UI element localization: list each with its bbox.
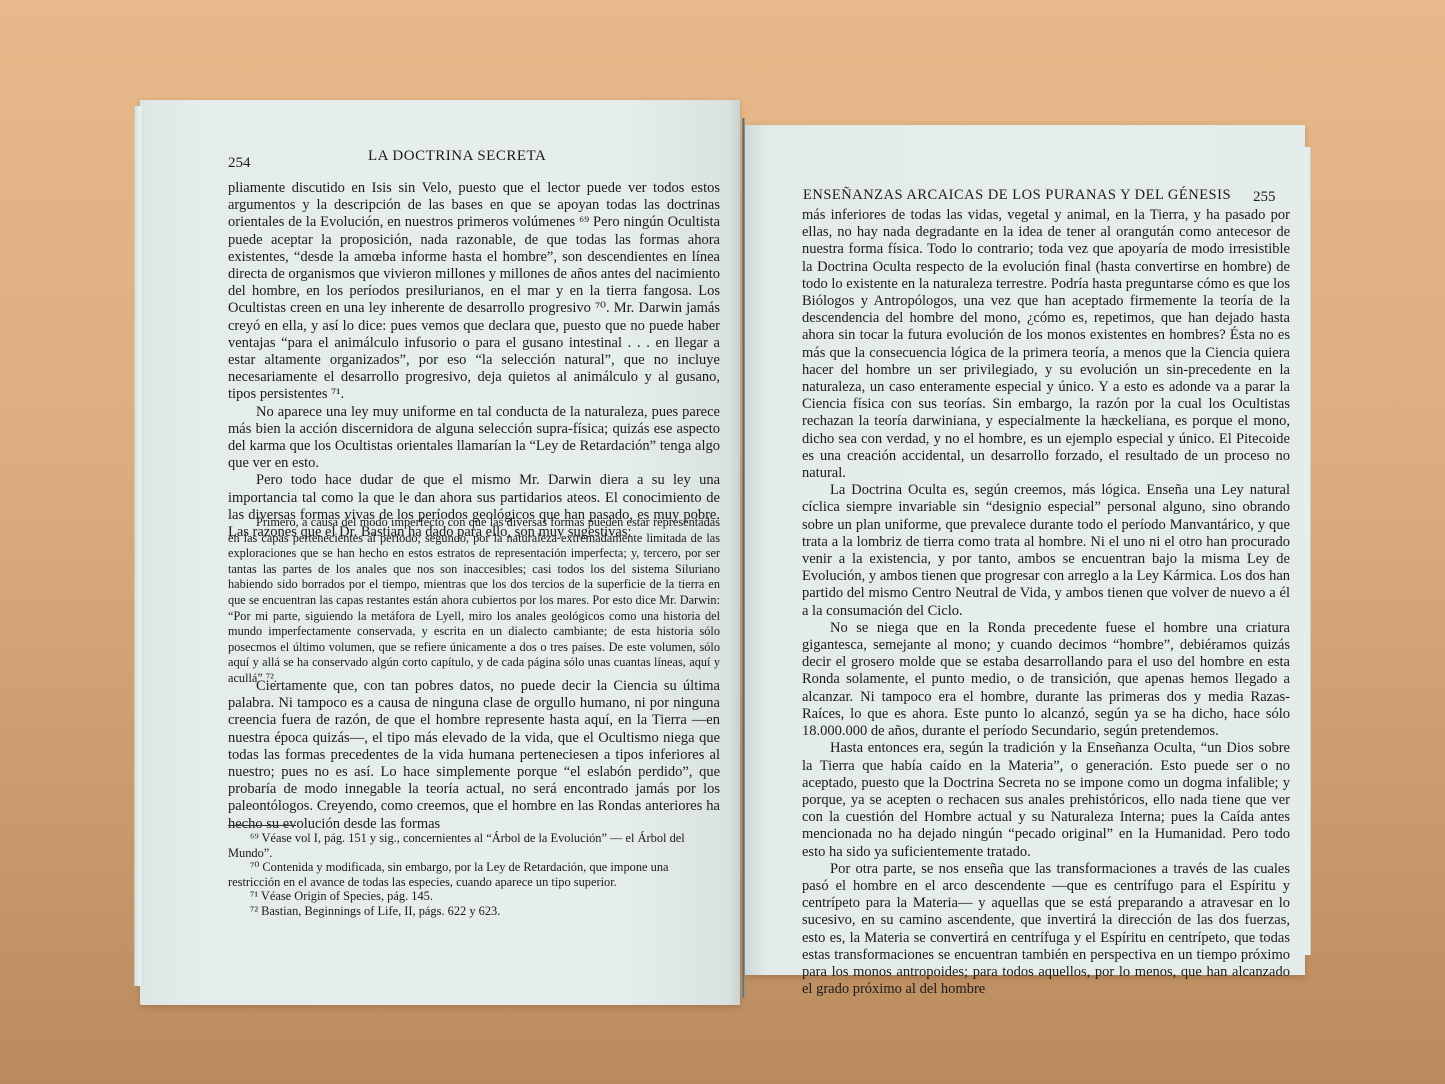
left-page: 254 LA DOCTRINA SECRETA pliamente discut…: [140, 100, 740, 1005]
paragraph: Por otra parte, se nos enseña que las tr…: [802, 861, 1290, 999]
page-number-left: 254: [228, 155, 251, 172]
footnote-72: ⁷² Bastian, Beginnings of Life, II, págs…: [228, 904, 720, 919]
footnote-rule: [228, 825, 296, 826]
paragraph: Ciertamente que, con tan pobres datos, n…: [228, 678, 720, 833]
footnotes: ⁶⁹ Véase vol I, pág. 151 y sig., concern…: [228, 831, 720, 919]
footnote-70: ⁷⁰ Contenida y modificada, sin embargo, …: [228, 860, 720, 889]
paragraph: pliamente discutido en Isis sin Velo, pu…: [228, 180, 720, 404]
right-page: ENSEÑANZAS ARCAICAS DE LOS PURANAS Y DEL…: [745, 125, 1305, 975]
page-number-right: 255: [1253, 189, 1276, 206]
footnote-69: ⁶⁹ Véase vol I, pág. 151 y sig., concern…: [228, 831, 720, 860]
right-body-text: más inferiores de todas las vidas, veget…: [802, 207, 1290, 998]
left-closing-text: Ciertamente que, con tan pobres datos, n…: [228, 678, 720, 833]
running-header-right: ENSEÑANZAS ARCAICAS DE LOS PURANAS Y DEL…: [803, 187, 1231, 204]
quote-text: Primero, a causa del modo imperfecto con…: [228, 515, 720, 687]
paragraph: más inferiores de todas las vidas, veget…: [802, 207, 1290, 482]
paragraph: La Doctrina Oculta es, según creemos, má…: [802, 482, 1290, 620]
block-quote: Primero, a causa del modo imperfecto con…: [228, 515, 720, 687]
footnote-71: ⁷¹ Véase Origin of Species, pág. 145.: [228, 889, 720, 904]
paragraph: No se niega que en la Ronda precedente f…: [802, 620, 1290, 740]
paragraph: No aparece una ley muy uniforme en tal c…: [228, 404, 720, 473]
running-header-left: LA DOCTRINA SECRETA: [368, 148, 546, 165]
paragraph: Hasta entonces era, según la tradición y…: [802, 740, 1290, 860]
open-book: 254 LA DOCTRINA SECRETA pliamente discut…: [0, 0, 1445, 1084]
left-body-text: pliamente discutido en Isis sin Velo, pu…: [228, 180, 720, 541]
